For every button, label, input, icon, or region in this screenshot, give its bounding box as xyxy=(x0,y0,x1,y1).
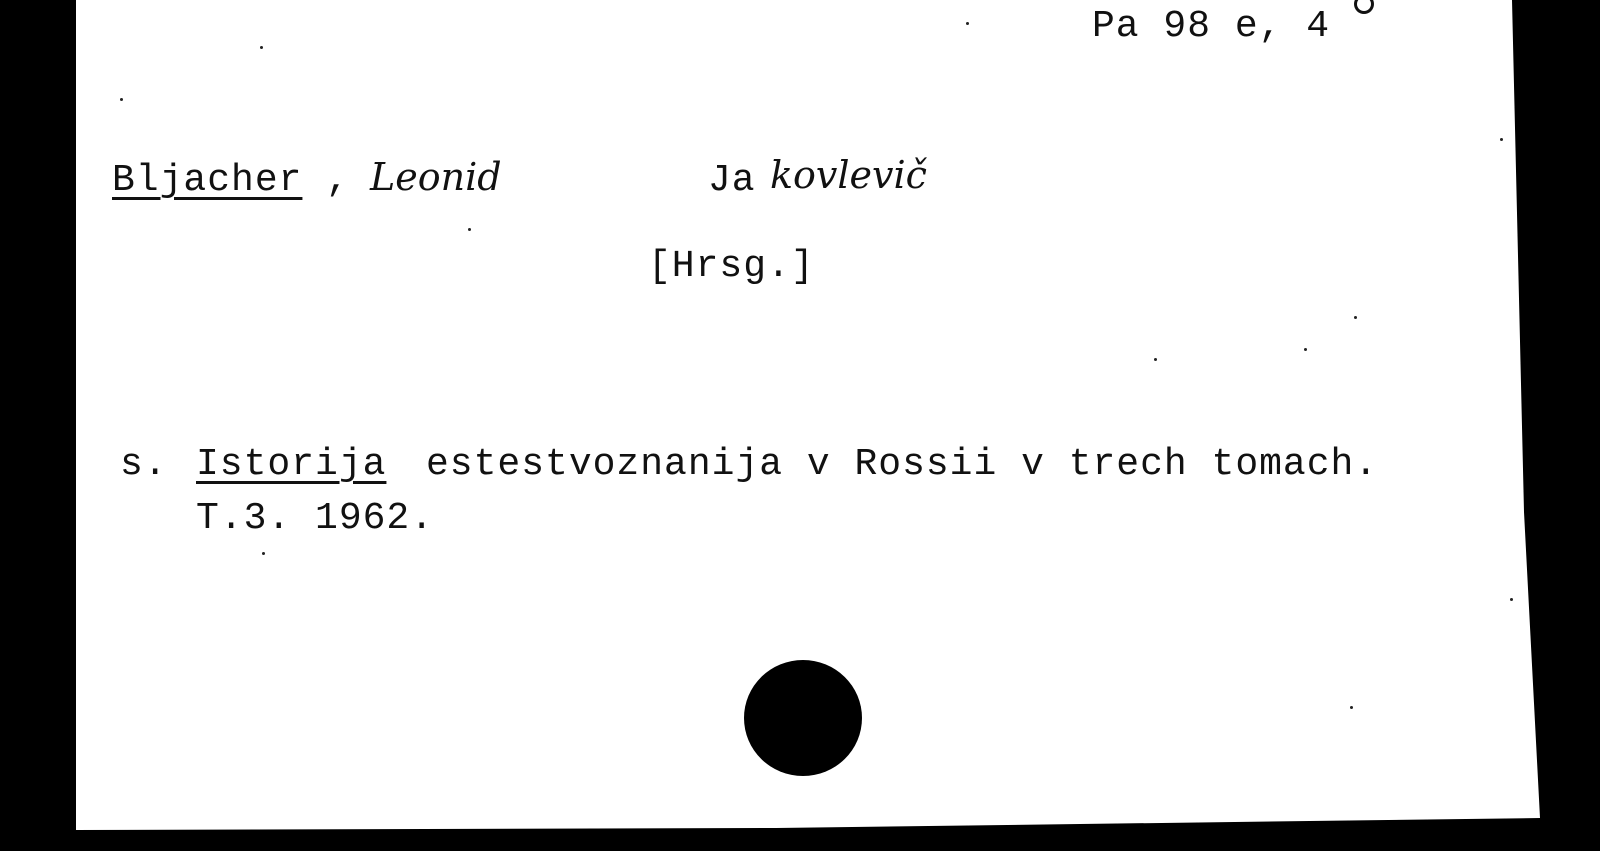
author-patronymic-handwritten: kovlevič xyxy=(770,156,927,194)
speck xyxy=(1154,358,1157,361)
reference-volume-year: T.3. 1962. xyxy=(196,500,434,538)
speck xyxy=(468,228,471,231)
catalog-card: Pa 98 e, 4 Bljacher , Leonid Ja kovlevič… xyxy=(76,0,1600,851)
author-given-name-handwritten: Leonid xyxy=(370,158,502,196)
speck xyxy=(966,22,969,25)
punch-hole xyxy=(744,660,862,776)
author-patronymic-typed: Ja xyxy=(708,162,756,200)
speck xyxy=(260,46,263,49)
editor-role: [Hrsg.] xyxy=(648,248,815,286)
author-surname: Bljacher xyxy=(112,162,302,200)
speck xyxy=(262,552,265,555)
speck xyxy=(1510,598,1513,601)
speck xyxy=(1350,706,1353,709)
reference-title-first-word: Istorija xyxy=(196,446,386,484)
speck xyxy=(1500,138,1503,141)
author-comma: , xyxy=(326,162,350,200)
speck xyxy=(1354,316,1357,319)
speck xyxy=(120,98,123,101)
speck xyxy=(1304,348,1307,351)
reference-title-rest: estestvoznanija v Rossii v trech tomach. xyxy=(426,446,1378,484)
call-number: Pa 98 e, 4 xyxy=(1092,8,1330,46)
degree-mark-icon xyxy=(1354,0,1374,14)
see-prefix: s. xyxy=(120,446,168,484)
